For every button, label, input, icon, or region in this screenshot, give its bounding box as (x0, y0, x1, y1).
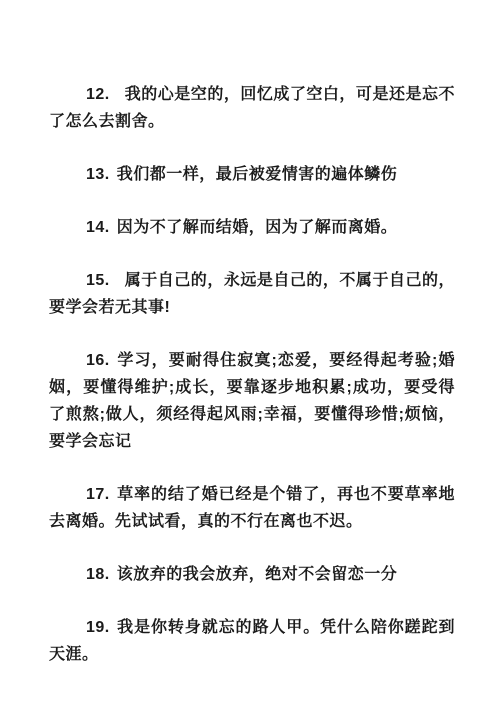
quote-item-17: 17.草率的结了婚已经是个错了，再也不要草率地去离婚。先试试看，真的不行在离也不… (49, 481, 455, 535)
quote-list: 12.我的心是空的，回忆成了空白，可是还是忘不了怎么去割舍。 13.我们都一样，… (49, 81, 455, 668)
quote-item-19: 19.我是你转身就忘的路人甲。凭什么陪你蹉跎到天涯。 (49, 614, 455, 668)
quote-number: 18. (86, 566, 110, 583)
quote-item-18: 18.该放弃的我会放弃，绝对不会留恋一分 (49, 561, 455, 588)
quote-text: 我们都一样，最后被爱情害的遍体鳞伤 (117, 166, 398, 183)
quote-text: 因为不了解而结婚，因为了解而离婚。 (117, 219, 398, 236)
document-page: 12.我的心是空的，回忆成了空白，可是还是忘不了怎么去割舍。 13.我们都一样，… (0, 0, 500, 707)
quote-item-12: 12.我的心是空的，回忆成了空白，可是还是忘不了怎么去割舍。 (49, 81, 455, 135)
quote-number: 12. (86, 86, 110, 103)
quote-item-16: 16.学习，要耐得住寂寞;恋爱，要经得起考验;婚姻，要懂得维护;成长，要靠逐步地… (49, 347, 455, 455)
quote-number: 19. (86, 619, 110, 636)
quote-number: 14. (86, 219, 110, 236)
quote-number: 17. (86, 486, 110, 503)
quote-item-15: 15.属于自己的，永远是自己的，不属于自己的，要学会若无其事! (49, 267, 455, 321)
quote-item-14: 14.因为不了解而结婚，因为了解而离婚。 (49, 214, 455, 241)
quote-item-13: 13.我们都一样，最后被爱情害的遍体鳞伤 (49, 161, 455, 188)
quote-text: 该放弃的我会放弃，绝对不会留恋一分 (117, 566, 398, 583)
quote-number: 13. (86, 166, 110, 183)
quote-number: 16. (86, 352, 110, 369)
quote-number: 15. (86, 272, 110, 289)
